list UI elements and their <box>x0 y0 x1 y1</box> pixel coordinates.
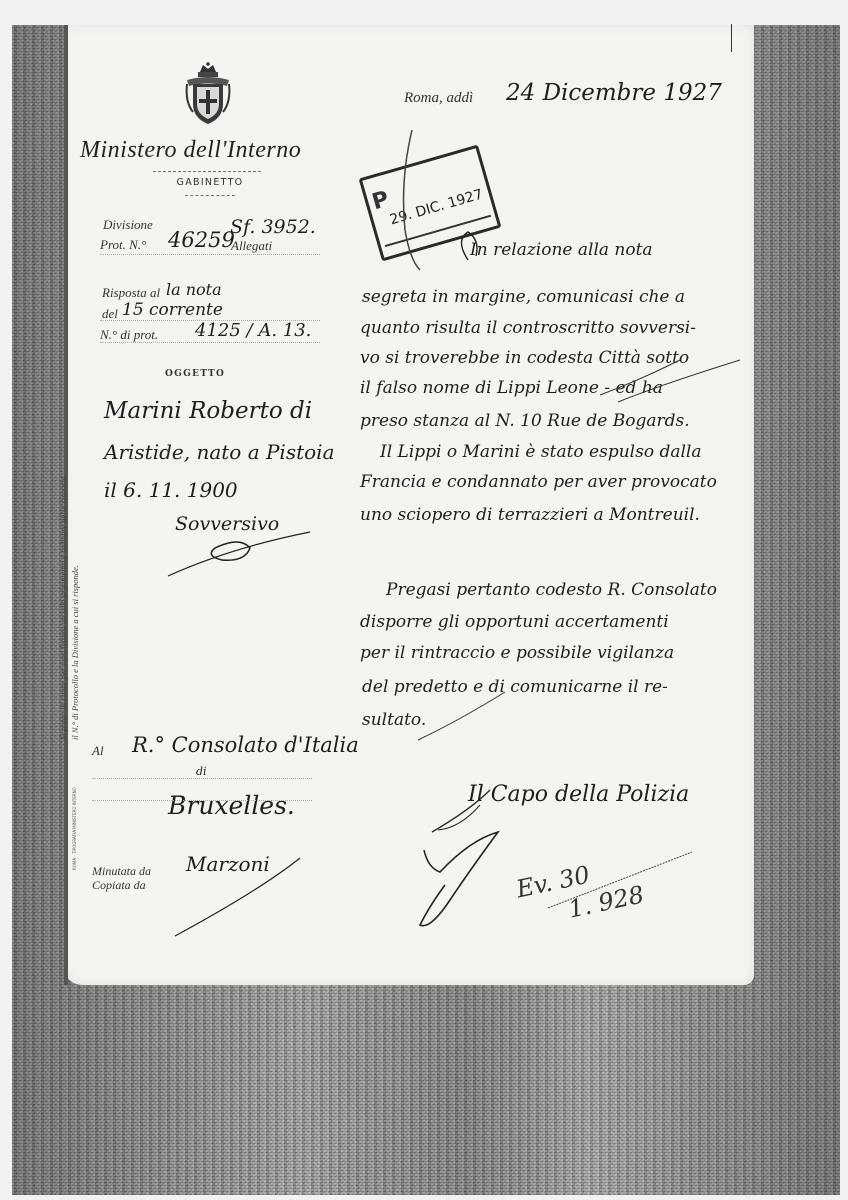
letter-date: 24 Dicembre 1927 <box>506 80 722 106</box>
body-line: il falso nome di Lippi Leone - ed ha <box>360 378 663 398</box>
prot-label: Prot. N.° <box>100 237 146 253</box>
reply-value: la nota <box>166 280 222 299</box>
signature-title: Il Capo della Polizia <box>468 782 689 807</box>
subject-line-3: il 6. 11. 1900 <box>104 478 238 502</box>
body-line: per il rintraccio e possibile vigilanza <box>360 643 674 663</box>
body-line: In relazione alla nota <box>470 240 653 260</box>
subject-line-2: Aristide, nato a Pistoia <box>104 440 335 464</box>
drafter-signature: Marzoni <box>186 852 270 876</box>
prot-number: 46259 <box>168 228 235 252</box>
margin-note-line-2: il N.° di Protocollo e la Divisione a cu… <box>70 565 80 740</box>
letterhead-rule <box>153 171 261 173</box>
body-line: Il Lippi o Marini è stato espulso dalla <box>380 442 702 462</box>
body-line: quanto risulta il controscritto sovversi… <box>360 318 696 338</box>
body-line: uno sciopero di terrazzieri a Montreuil. <box>360 505 700 525</box>
body-line: Francia e condannato per aver provocato <box>360 472 717 492</box>
addressee-di: di <box>196 765 207 778</box>
savoy-crest-icon <box>183 62 233 128</box>
body-line: preso stanza al N. 10 Rue de Bogards. <box>360 411 690 431</box>
printer-mark: ROMA - TIPOGRAFIA MINISTERO INTERNO <box>72 787 77 870</box>
division-label: Divisione <box>103 217 153 233</box>
body-line: segreta in margine, comunicasi che a <box>362 287 685 307</box>
subject-label: OGGETTO <box>165 369 225 379</box>
prot-ref-value: 4125 / A. 13. <box>195 320 311 341</box>
reply-label: Risposta al <box>102 285 160 301</box>
dotted-rule <box>100 320 320 321</box>
body-line: sultato. <box>362 710 426 730</box>
place-prefix: Roma, addì <box>404 90 473 107</box>
dotted-rule <box>92 778 312 779</box>
body-line: disporre gli opportuni accertamenti <box>360 612 669 632</box>
annex-label: Allegati <box>231 238 272 254</box>
body-line: del predetto e di comunicarne il re- <box>362 677 668 697</box>
office-name: GABINETTO <box>175 177 245 188</box>
ministry-name: Ministero dell'Interno <box>80 137 340 164</box>
addressee-city: Bruxelles. <box>168 791 295 820</box>
dotted-rule <box>100 254 320 255</box>
dotted-rule <box>100 342 320 343</box>
body-line: Pregasi pertanto codesto R. Consolato <box>386 580 717 600</box>
minutata-label: Minutata da <box>92 864 151 879</box>
addressee-prefix: Al <box>92 743 104 759</box>
annex-number: Sf. 3952. <box>230 216 316 238</box>
subject-classification: Sovversivo <box>175 513 279 535</box>
copiata-label: Copiata da <box>92 878 146 893</box>
addressee-line-1: R.° Consolato d'Italia <box>132 733 359 757</box>
letterhead-rule-short <box>185 195 235 197</box>
subject-line-1: Marini Roberto di <box>104 398 312 424</box>
prot-ref-label: N.° di prot. <box>100 327 158 343</box>
margin-note-line-1: Si prega di citare per ogni lettera un s… <box>58 476 68 740</box>
stamp-letter: P <box>369 187 391 215</box>
dotted-rule <box>92 800 312 801</box>
body-line: vo si troverebbe in codesta Città sotto <box>360 348 689 368</box>
scan-artifact-line <box>731 24 732 52</box>
of-value: 15 corrente <box>122 300 223 320</box>
